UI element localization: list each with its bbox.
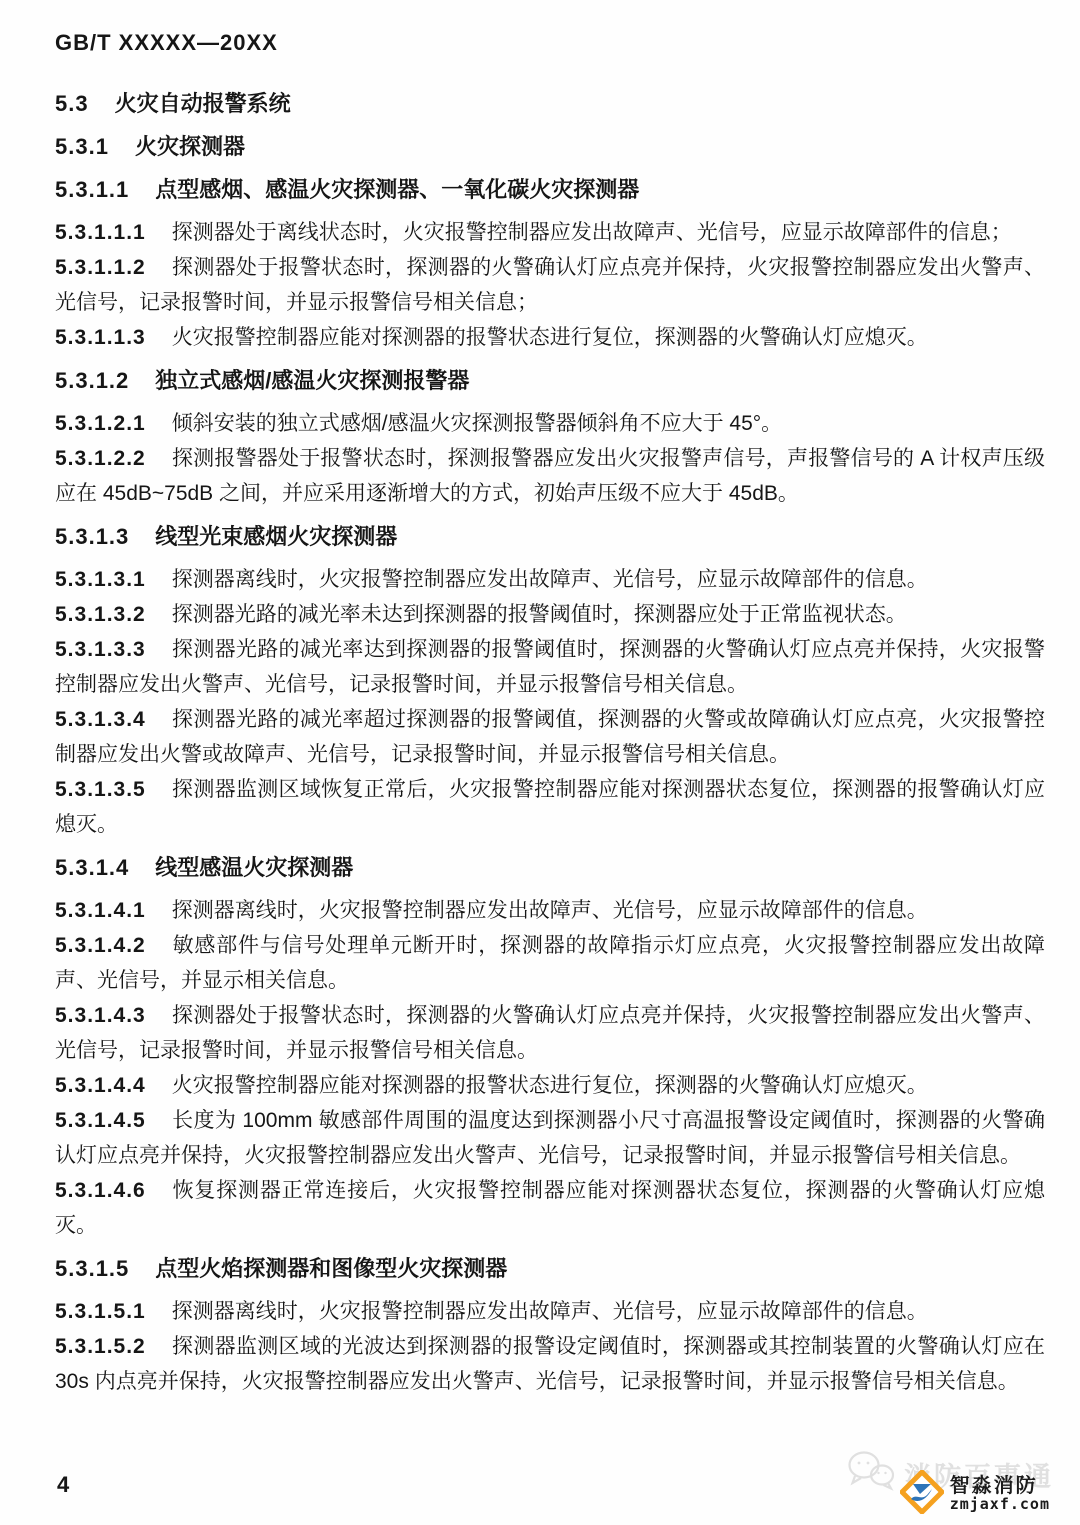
clause: 5.3.1.5.1探测器离线时，火灾报警控制器应发出故障声、光信号，应显示故障部… [55, 1294, 1045, 1329]
document-content: GB/T XXXXX—20XX 5.3火灾自动报警系统 5.3.1火灾探测器 5… [55, 30, 1045, 1399]
wechat-icon [846, 1450, 896, 1499]
clause-number: 5.3.1.3.2 [55, 603, 146, 626]
logo-diamond-icon [900, 1470, 944, 1519]
clause: 5.3.1.5.2探测器监测区域的光波达到探测器的报警设定阈值时，探测器或其控制… [55, 1329, 1045, 1399]
clause-number: 5.3.1.5.2 [55, 1335, 146, 1358]
clause-number: 5.3.1 [55, 134, 109, 159]
document-page: GB/T XXXXX—20XX 5.3火灾自动报警系统 5.3.1火灾探测器 5… [0, 0, 1080, 1525]
clause-number: 5.3.1.4.3 [55, 1004, 146, 1027]
clause-text: 火灾报警控制器应能对探测器的报警状态进行复位，探测器的火警确认灯应熄灭。 [172, 1074, 928, 1097]
logo-name: 智淼消防 [950, 1476, 1050, 1497]
page-number: 4 [57, 1472, 69, 1498]
clause-number: 5.3.1.4.6 [55, 1179, 146, 1202]
clause-number: 5.3.1.3.3 [55, 638, 146, 661]
clause-number: 5.3.1.2 [55, 368, 129, 393]
clause: 5.3.1.2.1倾斜安装的独立式感烟/感温火灾探测报警器倾斜角不应大于 45°… [55, 406, 1045, 441]
clause-text: 敏感部件与信号处理单元断开时，探测器的故障指示灯应点亮，火灾报警控制器应发出故障… [55, 934, 1045, 992]
clause-number: 5.3.1.4.1 [55, 899, 146, 922]
section-heading: 5.3.1.2独立式感烟/感温火灾探测报警器 [55, 363, 1045, 398]
clause-text: 探测报警器处于报警状态时，探测报警器应发出火灾报警声信号，声报警信号的 A 计权… [55, 447, 1045, 505]
clause-number: 5.3.1.3.4 [55, 708, 146, 731]
clause-number: 5.3.1.4.5 [55, 1109, 146, 1132]
section-heading: 5.3火灾自动报警系统 [55, 86, 1045, 121]
clause: 5.3.1.4.6恢复探测器正常连接后，火灾报警控制器应能对探测器状态复位，探测… [55, 1173, 1045, 1243]
logo-url: zmjaxf.com [950, 1497, 1050, 1513]
clause-number: 5.3.1.3.1 [55, 568, 146, 591]
clause-number: 5.3.1.4.2 [55, 934, 146, 957]
clause-number: 5.3.1.4.4 [55, 1074, 146, 1097]
section-heading: 5.3.1.1点型感烟、感温火灾探测器、一氧化碳火灾探测器 [55, 172, 1045, 207]
clause-number: 5.3.1.2.2 [55, 447, 146, 470]
clause-number: 5.3 [55, 91, 89, 116]
clause-text: 探测器光路的减光率达到探测器的报警阈值时，探测器的火警确认灯应点亮并保持，火灾报… [55, 638, 1045, 696]
clause-text: 探测器处于离线状态时，火灾报警控制器应发出故障声、光信号，应显示故障部件的信息； [172, 221, 1012, 244]
clause-number: 5.3.1.5 [55, 1256, 129, 1281]
clause-number: 5.3.1.2.1 [55, 412, 146, 435]
clause-text: 探测器监测区域的光波达到探测器的报警设定阈值时，探测器或其控制装置的火警确认灯应… [55, 1335, 1045, 1393]
clause-number: 5.3.1.4 [55, 855, 129, 880]
clause-number: 5.3.1.3.5 [55, 778, 146, 801]
clause-text: 探测器光路的减光率未达到探测器的报警阈值时，探测器应处于正常监视状态。 [172, 603, 907, 626]
clause: 5.3.1.3.1探测器离线时，火灾报警控制器应发出故障声、光信号，应显示故障部… [55, 562, 1045, 597]
clause-text: 独立式感烟/感温火灾探测报警器 [155, 368, 469, 393]
clause: 5.3.1.4.5长度为 100mm 敏感部件周围的温度达到探测器小尺寸高温报警… [55, 1103, 1045, 1173]
clause: 5.3.1.4.4火灾报警控制器应能对探测器的报警状态进行复位，探测器的火警确认… [55, 1068, 1045, 1103]
clause: 5.3.1.4.3探测器处于报警状态时，探测器的火警确认灯应点亮并保持，火灾报警… [55, 998, 1045, 1068]
clause-text: 点型火焰探测器和图像型火灾探测器 [155, 1256, 507, 1281]
logo-text: 智淼消防 zmjaxf.com [950, 1476, 1050, 1513]
clause-number: 5.3.1.1.2 [55, 256, 146, 279]
clause-text: 线型光束感烟火灾探测器 [155, 524, 397, 549]
clause-number: 5.3.1.5.1 [55, 1300, 146, 1323]
clause-text: 探测器处于报警状态时，探测器的火警确认灯应点亮并保持，火灾报警控制器应发出火警声… [55, 1004, 1045, 1062]
clause-text: 探测器离线时，火灾报警控制器应发出故障声、光信号，应显示故障部件的信息。 [172, 899, 928, 922]
clause-text: 火灾探测器 [135, 134, 245, 159]
clause: 5.3.1.3.2探测器光路的减光率未达到探测器的报警阈值时，探测器应处于正常监… [55, 597, 1045, 632]
section-heading: 5.3.1.3线型光束感烟火灾探测器 [55, 519, 1045, 554]
section-heading: 5.3.1火灾探测器 [55, 129, 1045, 164]
clause-number: 5.3.1.1.1 [55, 221, 146, 244]
clause: 5.3.1.3.5探测器监测区域恢复正常后，火灾报警控制器应能对探测器状态复位，… [55, 772, 1045, 842]
clause-text: 恢复探测器正常连接后，火灾报警控制器应能对探测器状态复位，探测器的火警确认灯应熄… [55, 1179, 1045, 1237]
section-heading: 5.3.1.5点型火焰探测器和图像型火灾探测器 [55, 1251, 1045, 1286]
clause: 5.3.1.1.2探测器处于报警状态时，探测器的火警确认灯应点亮并保持，火灾报警… [55, 250, 1045, 320]
clause-text: 探测器光路的减光率超过探测器的报警阈值，探测器的火警或故障确认灯应点亮，火灾报警… [55, 708, 1045, 766]
clause: 5.3.1.3.4探测器光路的减光率超过探测器的报警阈值，探测器的火警或故障确认… [55, 702, 1045, 772]
clause: 5.3.1.4.1探测器离线时，火灾报警控制器应发出故障声、光信号，应显示故障部… [55, 893, 1045, 928]
clause-text: 火灾报警控制器应能对探测器的报警状态进行复位，探测器的火警确认灯应熄灭。 [172, 326, 928, 349]
brand-logo: 智淼消防 zmjaxf.com [900, 1470, 1050, 1519]
clause-number: 5.3.1.3 [55, 524, 129, 549]
clause: 5.3.1.4.2敏感部件与信号处理单元断开时，探测器的故障指示灯应点亮，火灾报… [55, 928, 1045, 998]
standard-number-header: GB/T XXXXX—20XX [55, 30, 1045, 56]
clause: 5.3.1.2.2探测报警器处于报警状态时，探测报警器应发出火灾报警声信号，声报… [55, 441, 1045, 511]
clause-text: 长度为 100mm 敏感部件周围的温度达到探测器小尺寸高温报警设定阈值时，探测器… [55, 1109, 1045, 1167]
clause: 5.3.1.3.3探测器光路的减光率达到探测器的报警阈值时，探测器的火警确认灯应… [55, 632, 1045, 702]
clause-text: 探测器离线时，火灾报警控制器应发出故障声、光信号，应显示故障部件的信息。 [172, 1300, 928, 1323]
clause-text: 探测器离线时，火灾报警控制器应发出故障声、光信号，应显示故障部件的信息。 [172, 568, 928, 591]
clause-text: 探测器监测区域恢复正常后，火灾报警控制器应能对探测器状态复位，探测器的报警确认灯… [55, 778, 1045, 836]
clause-text: 线型感温火灾探测器 [155, 855, 353, 880]
clause: 5.3.1.1.1探测器处于离线状态时，火灾报警控制器应发出故障声、光信号，应显… [55, 215, 1045, 250]
document-body: 5.3火灾自动报警系统 5.3.1火灾探测器 5.3.1.1点型感烟、感温火灾探… [55, 86, 1045, 1399]
clause-text: 火灾自动报警系统 [115, 91, 291, 116]
clause: 5.3.1.1.3火灾报警控制器应能对探测器的报警状态进行复位，探测器的火警确认… [55, 320, 1045, 355]
clause-text: 探测器处于报警状态时，探测器的火警确认灯应点亮并保持，火灾报警控制器应发出火警声… [55, 256, 1045, 314]
section-heading: 5.3.1.4线型感温火灾探测器 [55, 850, 1045, 885]
clause-number: 5.3.1.1.3 [55, 326, 146, 349]
clause-text: 点型感烟、感温火灾探测器、一氧化碳火灾探测器 [155, 177, 639, 202]
clause-text: 倾斜安装的独立式感烟/感温火灾探测报警器倾斜角不应大于 45°。 [172, 412, 782, 435]
clause-number: 5.3.1.1 [55, 177, 129, 202]
